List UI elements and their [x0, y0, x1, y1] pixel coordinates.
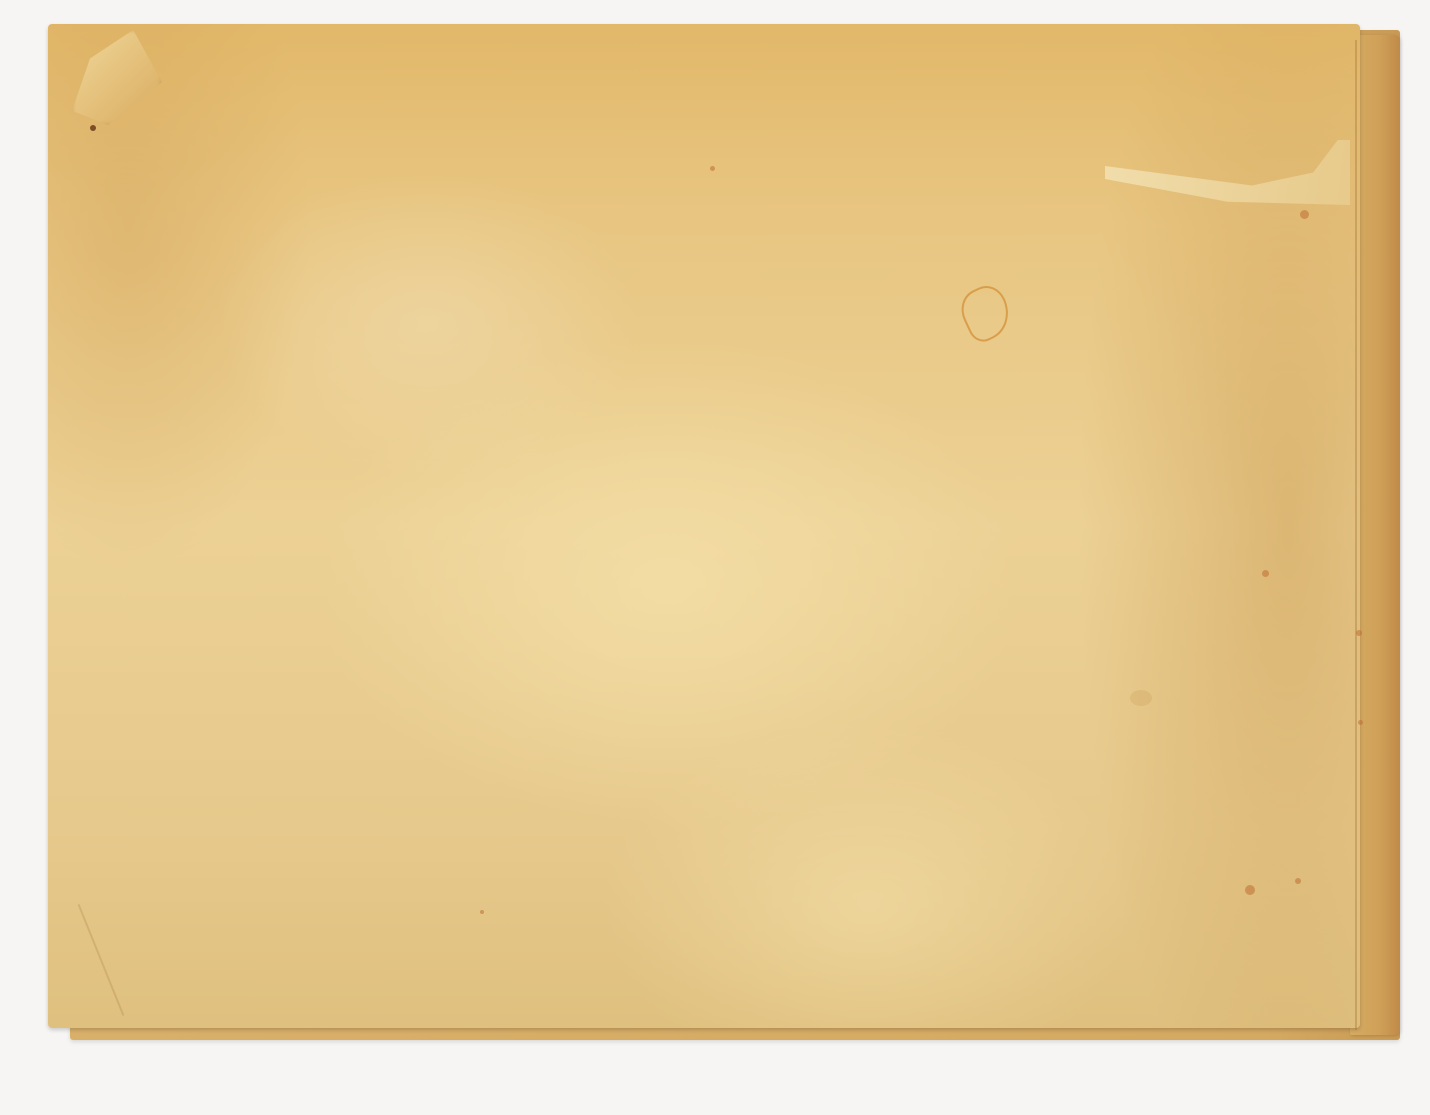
- foxing-spot: [1245, 885, 1255, 895]
- foxing-spot: [1358, 720, 1363, 725]
- foxing-spot: [480, 910, 484, 914]
- foxing-spot: [1130, 690, 1152, 706]
- foxing-spot: [1300, 210, 1309, 219]
- cover-fold-line: [1355, 40, 1357, 1030]
- foxing-spot: [90, 125, 96, 131]
- foxing-spot: [1295, 878, 1301, 884]
- photo-scene: [0, 0, 1430, 1115]
- foxing-spot: [1356, 630, 1362, 636]
- foxing-spot: [710, 166, 715, 171]
- foxing-spot: [1262, 570, 1269, 577]
